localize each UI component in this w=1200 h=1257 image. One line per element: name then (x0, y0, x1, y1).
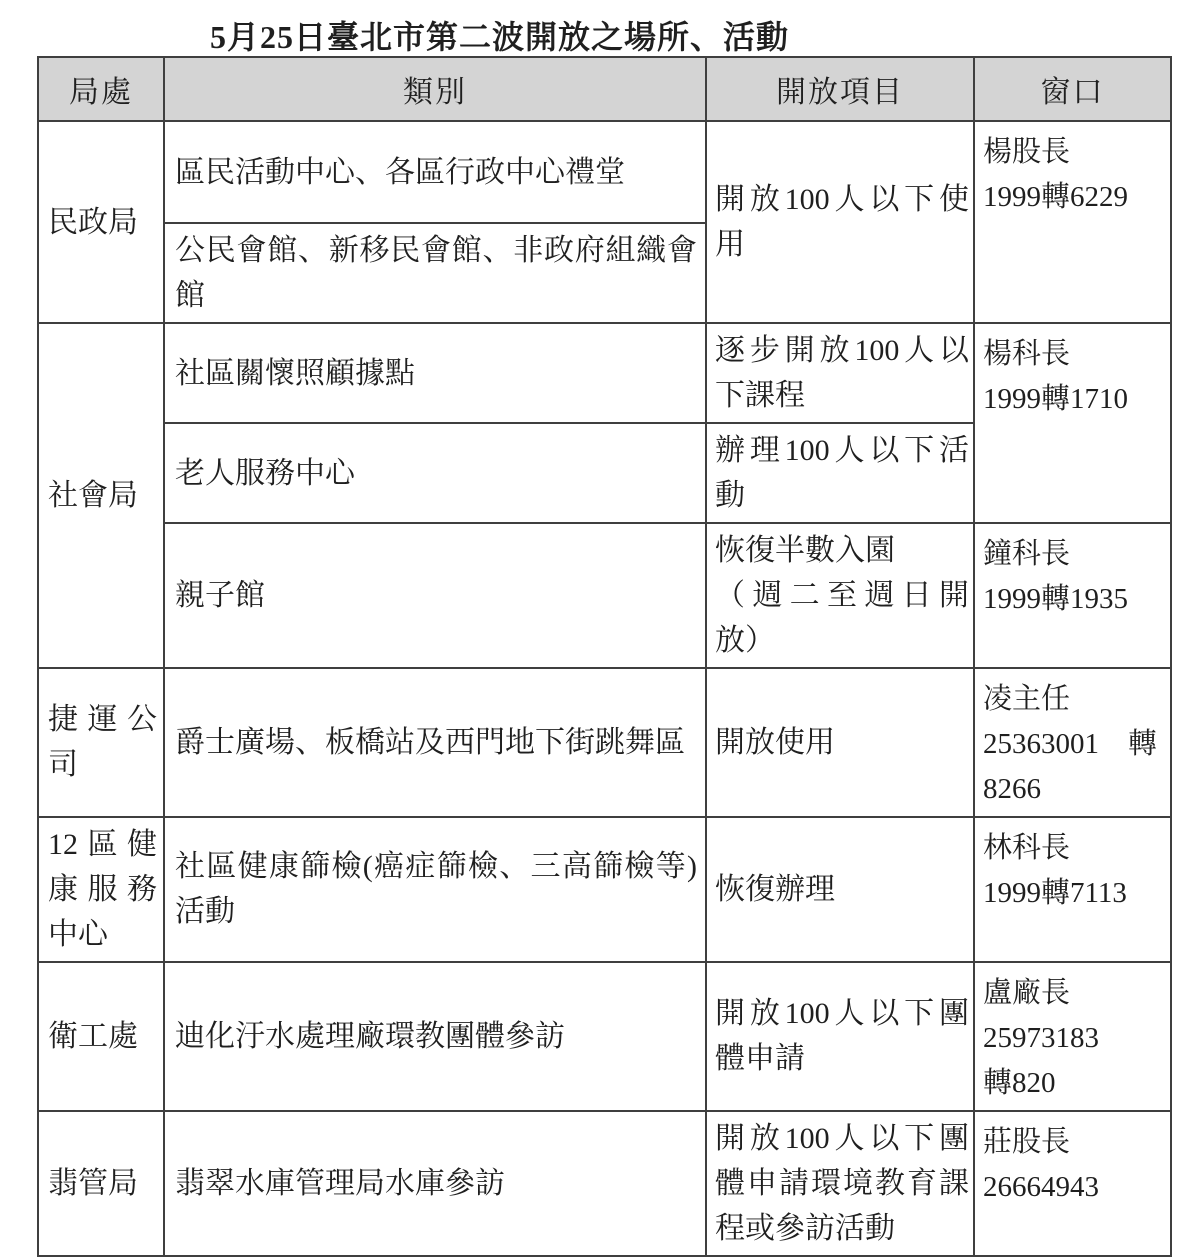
cell-contact: 鐘科長 1999轉1935 (974, 523, 1171, 668)
header-row: 局處 類別 開放項目 窗口 (38, 57, 1171, 121)
cell-agency: 翡管局 (38, 1111, 164, 1256)
cell-contact: 楊股長 1999轉6229 (974, 121, 1171, 323)
cell-category: 老人服務中心 (164, 423, 706, 523)
cell-open-item: 恢復半數入園 （週二至週日開放） (706, 523, 974, 668)
header-cell-contact: 窗口 (974, 57, 1171, 121)
cell-contact: 林科長 1999轉7113 (974, 817, 1171, 962)
cell-open-item: 開放100人以下團體申請環境教育課程或參訪活動 (706, 1111, 974, 1256)
table-row: 社會局 社區關懷照顧據點 逐步開放100人以下課程 楊科長 1999轉1710 (38, 323, 1171, 423)
cell-open-item: 開放使用 (706, 668, 974, 817)
cell-open-item: 恢復辦理 (706, 817, 974, 962)
cell-category: 爵士廣場、板橋站及西門地下街跳舞區 (164, 668, 706, 817)
cell-agency: 衛工處 (38, 962, 164, 1111)
table-row: 捷運公司 爵士廣場、板橋站及西門地下街跳舞區 開放使用 凌主任 25363001… (38, 668, 1171, 817)
cell-agency: 民政局 (38, 121, 164, 323)
cell-agency: 社會局 (38, 323, 164, 668)
cell-open-item: 開放100人以下團體申請 (706, 962, 974, 1111)
table-row: 12區健康服務中心 社區健康篩檢(癌症篩檢、三高篩檢等)活動 恢復辦理 林科長 … (38, 817, 1171, 962)
cell-contact: 楊科長 1999轉1710 (974, 323, 1171, 523)
table-row: 翡管局 翡翠水庫管理局水庫參訪 開放100人以下團體申請環境教育課程或參訪活動 … (38, 1111, 1171, 1256)
cell-open-item: 開放100人以下使用 (706, 121, 974, 323)
header-cell-agency: 局處 (38, 57, 164, 121)
header-cell-category: 類別 (164, 57, 706, 121)
cell-contact: 盧廠長 25973183 轉820 (974, 962, 1171, 1111)
cell-agency: 捷運公司 (38, 668, 164, 817)
cell-agency: 12區健康服務中心 (38, 817, 164, 962)
cell-contact: 莊股長 26664943 (974, 1111, 1171, 1256)
reopening-table: 局處 類別 開放項目 窗口 民政局 區民活動中心、各區行政中心禮堂 開放100人… (37, 56, 1172, 1257)
cell-category: 社區健康篩檢(癌症篩檢、三高篩檢等)活動 (164, 817, 706, 962)
cell-open-item: 逐步開放100人以下課程 (706, 323, 974, 423)
cell-category: 公民會館、新移民會館、非政府組織會館 (164, 223, 706, 323)
table-row: 衛工處 迪化汙水處理廠環教團體參訪 開放100人以下團體申請 盧廠長 25973… (38, 962, 1171, 1111)
table-row: 親子館 恢復半數入園 （週二至週日開放） 鐘科長 1999轉1935 (38, 523, 1171, 668)
cell-contact: 凌主任 25363001 轉 8266 (974, 668, 1171, 817)
page-title: 5月25日臺北市第二波開放之場所、活動 (210, 12, 789, 58)
cell-open-item: 辦理100人以下活動 (706, 423, 974, 523)
cell-category: 翡翠水庫管理局水庫參訪 (164, 1111, 706, 1256)
cell-category: 親子館 (164, 523, 706, 668)
cell-category: 迪化汙水處理廠環教團體參訪 (164, 962, 706, 1111)
table-row: 民政局 區民活動中心、各區行政中心禮堂 開放100人以下使用 楊股長 1999轉… (38, 121, 1171, 223)
header-cell-open-item: 開放項目 (706, 57, 974, 121)
cell-category: 社區關懷照顧據點 (164, 323, 706, 423)
cell-category: 區民活動中心、各區行政中心禮堂 (164, 121, 706, 223)
